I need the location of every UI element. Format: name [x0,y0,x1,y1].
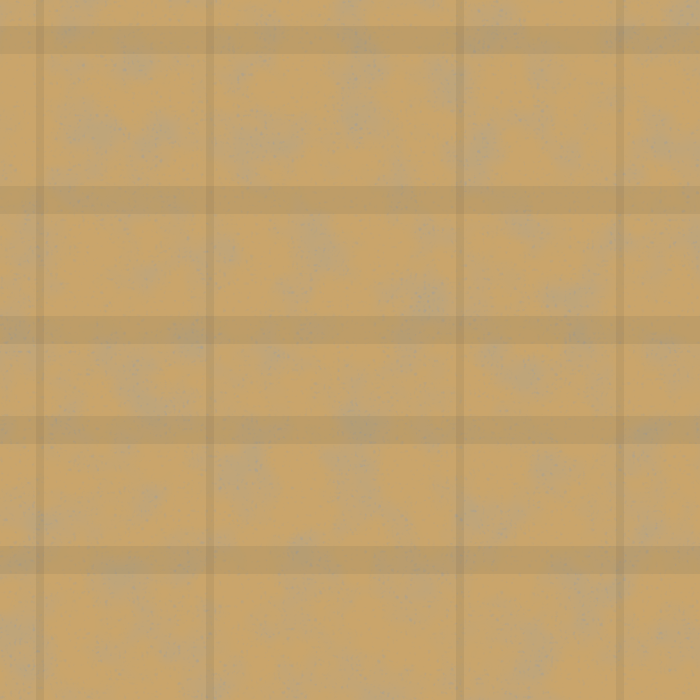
rug-texture-photo [0,0,700,700]
rug-pattern-graphic [0,0,700,700]
